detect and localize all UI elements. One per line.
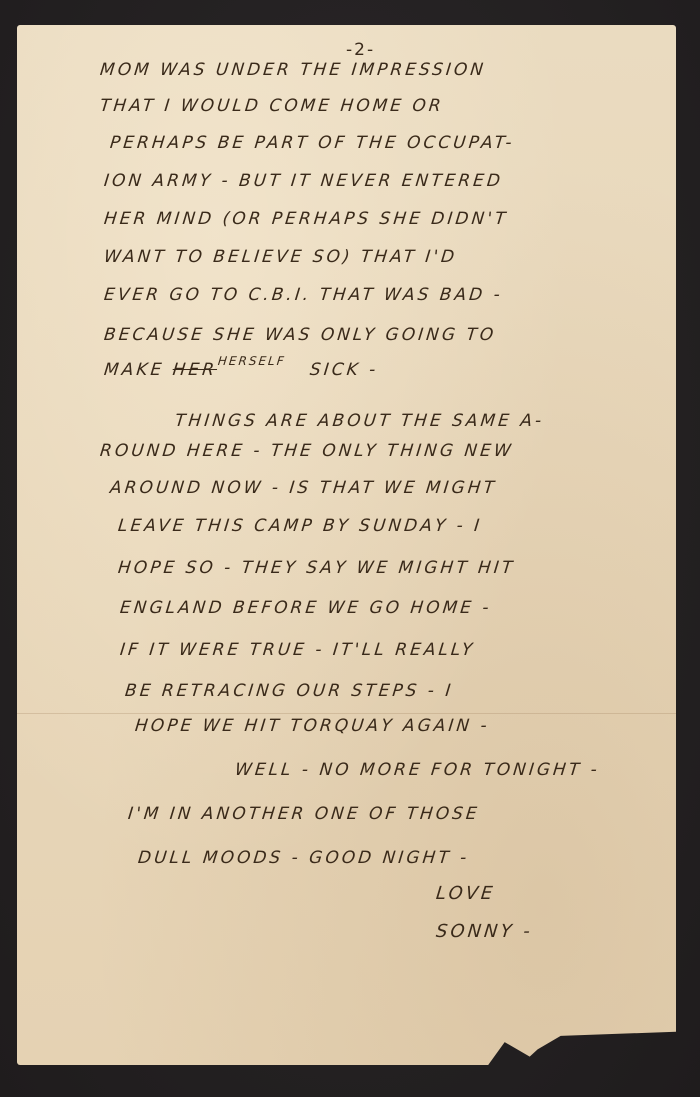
- letter-line: her mind (or perhaps she didn't: [103, 211, 509, 228]
- letter-line: perhaps be part of the occupat-: [109, 135, 515, 152]
- inserted-word: herself: [217, 354, 286, 368]
- paper-fold-line: [17, 713, 676, 714]
- letter-line: round here - The only thing new: [99, 443, 514, 460]
- signature: Sonny -: [435, 923, 534, 941]
- letter-line: leave this Camp by Sunday - I: [117, 518, 483, 535]
- letter-line: England before we go home -: [119, 600, 492, 617]
- letter-line: hope we hit Torquay again -: [134, 718, 490, 735]
- letter-line: ever go to C.B.I. That was bad -: [103, 287, 503, 304]
- letter-line: Well - No more for tonight -: [234, 762, 600, 779]
- letter-line: be retracing our steps - I: [124, 683, 454, 700]
- word: make: [103, 360, 165, 380]
- letter-line: around now - is that we might: [109, 480, 498, 497]
- letter-line: if it were true - it'll really: [119, 642, 476, 659]
- letter-line: want to believe so) that I'd: [103, 249, 458, 266]
- letter-line: that I would come home or: [99, 98, 444, 115]
- letter-line: I'm in another one of those: [127, 806, 480, 823]
- struck-word: her: [172, 360, 218, 380]
- letter-line: hope so - They say we might hit: [117, 560, 516, 577]
- letter-line: Mom was under the impression: [99, 62, 487, 79]
- letter-line: dull moods - Good night -: [137, 850, 470, 867]
- letter-line: ion army - but it never entered: [103, 173, 504, 190]
- word: sick -: [309, 360, 379, 380]
- closing: Love: [435, 885, 496, 903]
- letter-line-correction: make herherself sick -: [103, 362, 379, 379]
- letter-line: because she was only going to: [103, 327, 497, 344]
- page-number: -2-: [346, 40, 375, 60]
- letter-line: Things are about the same a-: [174, 413, 545, 430]
